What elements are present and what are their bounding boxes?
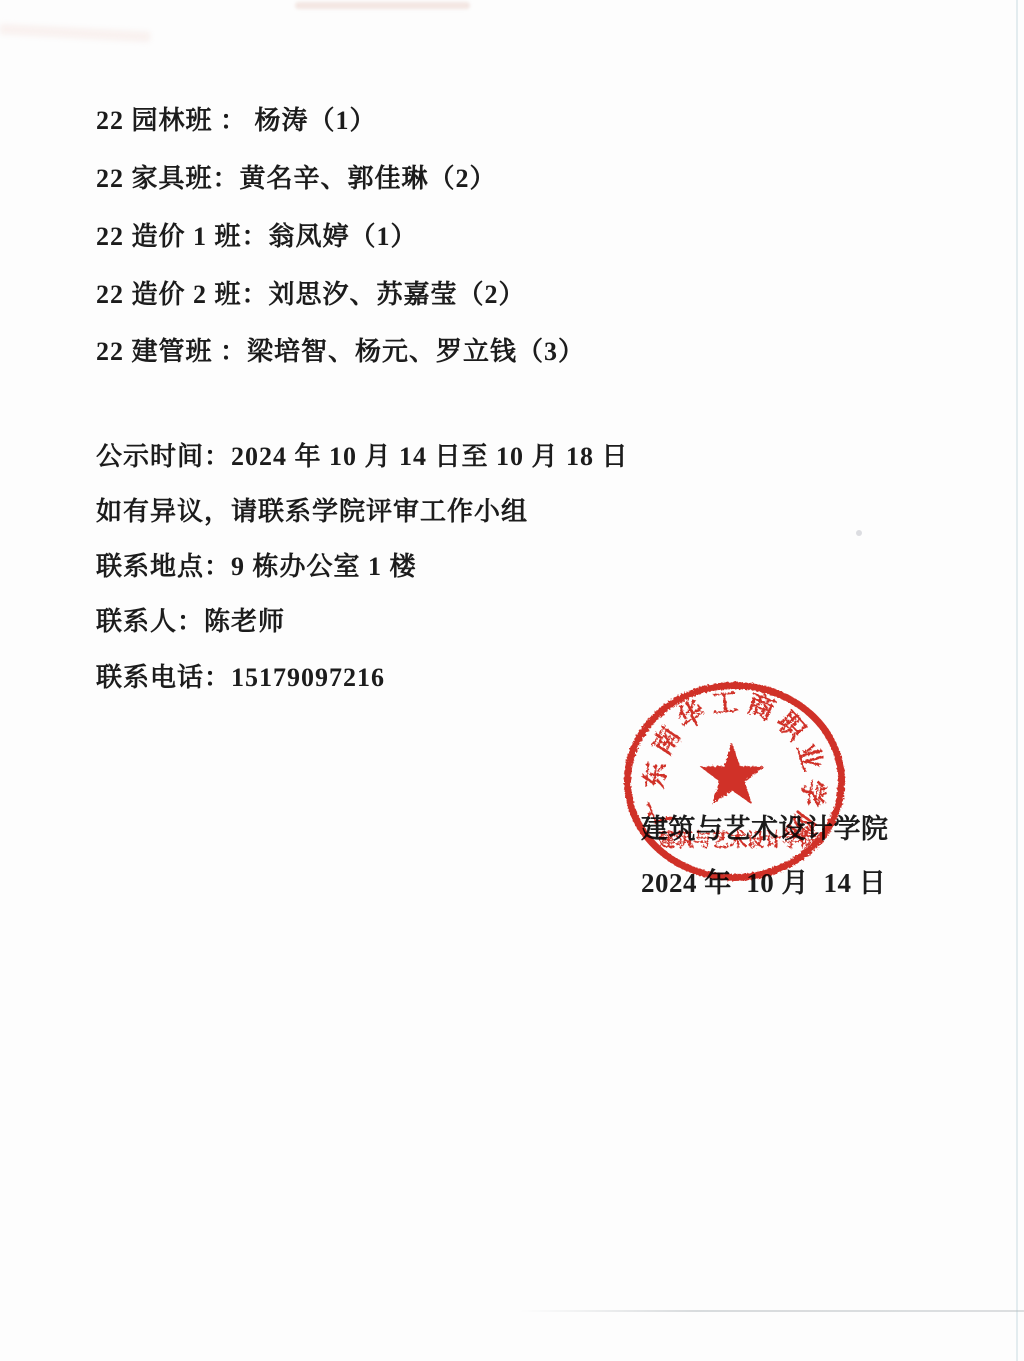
document-page: 22 园林班 ： 杨涛（1） 22 家具班：黄名辛、郭佳琳（2） 22 造价 1… <box>0 0 1024 1361</box>
class-line-zaojia2: 22 造价 2 班：刘思汐、苏嘉莹（2） <box>96 274 526 311</box>
class-line-zaojia1: 22 造价 1 班：翁凤婷（1） <box>96 216 418 253</box>
notice-period-line: 公示时间：2024 年 10 月 14 日至 10 月 18 日 <box>96 436 629 473</box>
seal-inner-text: 建筑与艺术设计学院 <box>658 828 818 851</box>
scan-edge-line-vertical <box>1016 0 1018 1361</box>
class-line-jiaju: 22 家具班：黄名辛、郭佳琳（2） <box>96 158 497 195</box>
scan-dot-artifact <box>856 530 862 536</box>
scan-smudge-top <box>295 2 470 9</box>
class-line-jianguan: 22 建管班 ：梁培智、杨元、罗立钱（3） <box>96 331 585 368</box>
contact-address-line: 联系地点：9 栋办公室 1 楼 <box>96 546 417 583</box>
contact-person-line: 联系人：陈老师 <box>96 601 285 638</box>
contact-phone-line: 联系电话：15179097216 <box>96 657 385 694</box>
red-star-icon <box>700 743 765 805</box>
scan-smudge-corner <box>0 24 150 42</box>
class-line-yuanlin: 22 园林班 ： 杨涛（1） <box>96 100 377 137</box>
official-seal: 广东南华工商职业学院 建筑与艺术设计学院 <box>590 648 890 928</box>
scan-edge-line-horizontal <box>520 1310 1024 1312</box>
objection-line: 如有异议，请联系学院评审工作小组 <box>96 491 528 528</box>
